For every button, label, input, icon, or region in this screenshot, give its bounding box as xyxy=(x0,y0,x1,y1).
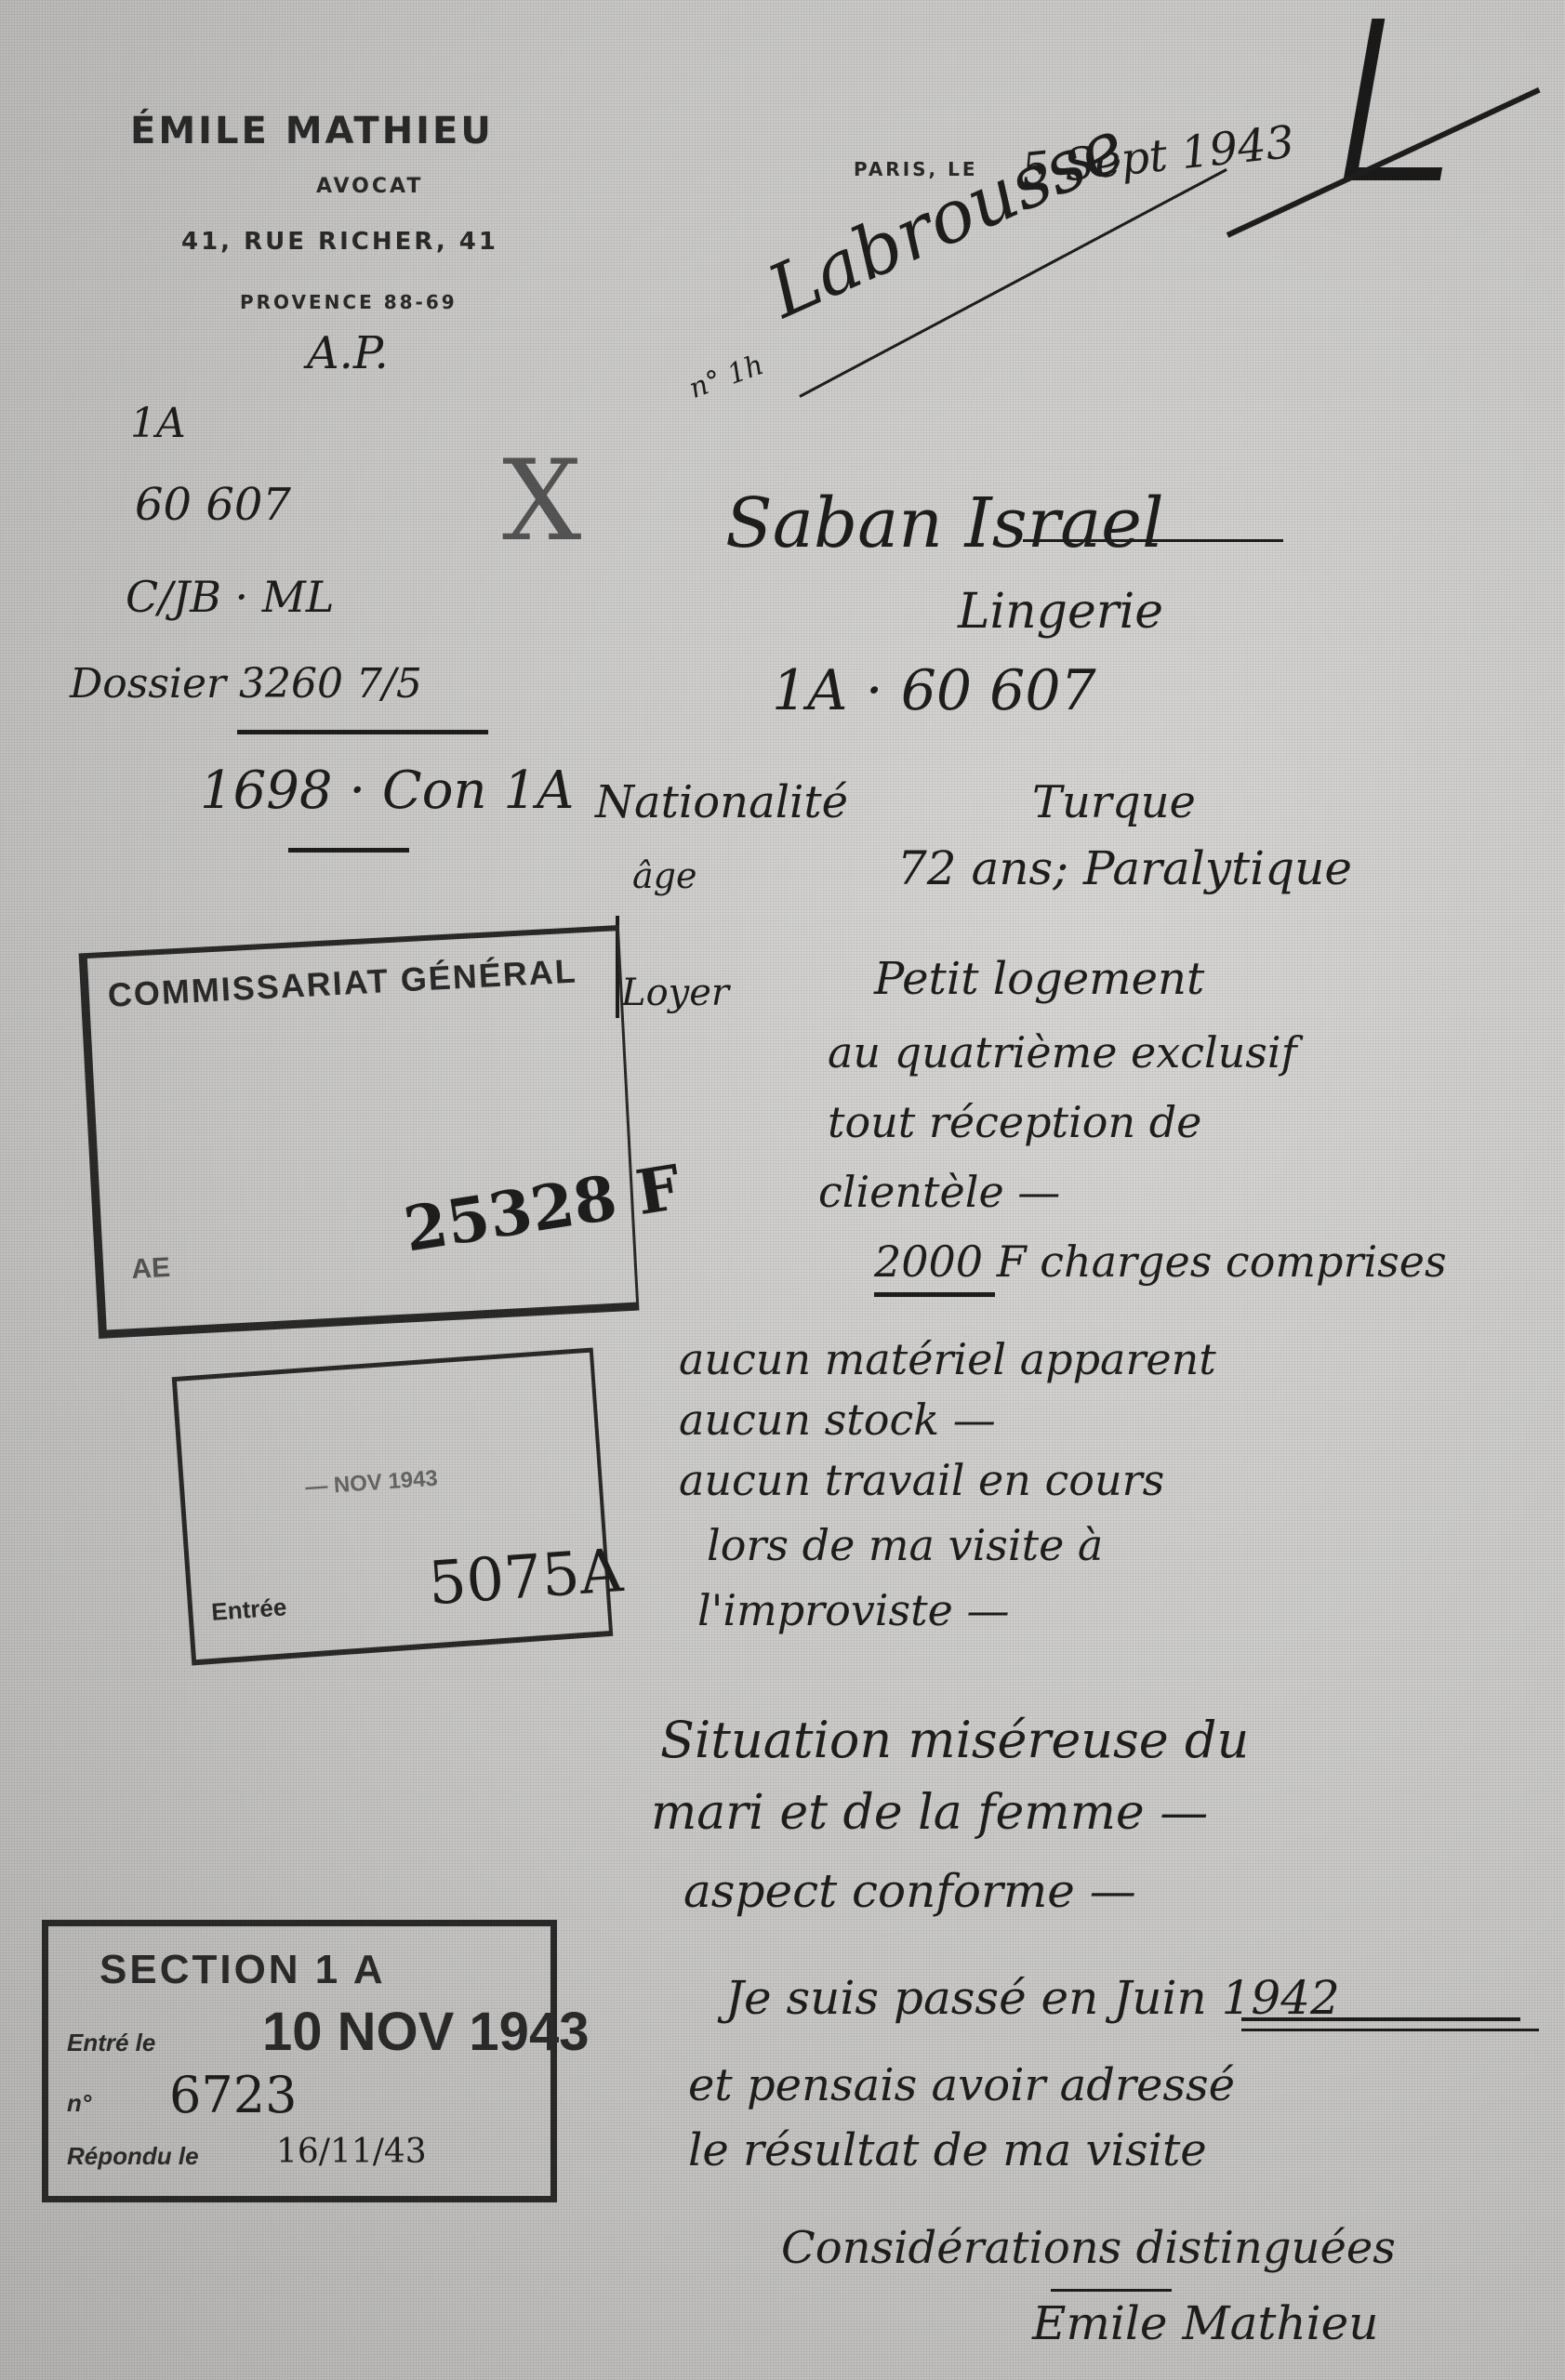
observation-line-3: aucun travail en cours xyxy=(679,1455,1164,1505)
stamp-entry-label: Entrée xyxy=(210,1593,287,1627)
rent-line-3: tout réception de xyxy=(828,1097,1201,1147)
observation-line-5: l'improviste — xyxy=(697,1585,1009,1635)
situation-line-2: mari et de la femme — xyxy=(651,1785,1208,1841)
closing-underline-2 xyxy=(1241,2029,1539,2031)
charges-underline xyxy=(874,1292,995,1297)
letterhead-initials: A.P. xyxy=(307,327,389,379)
ref-line-4: Dossier 3260 7/5 xyxy=(70,660,422,707)
stamp-entry: — NOV 1943 Entrée 5075A xyxy=(172,1348,614,1666)
letterhead-name: ÉMILE MATHIEU xyxy=(130,110,494,152)
ref-line-5: 1698 · Con 1A xyxy=(200,760,574,821)
signature: Emile Mathieu xyxy=(1032,2296,1378,2350)
closing-underline xyxy=(1241,2017,1520,2021)
recipient-name: Labrousse xyxy=(756,103,1137,335)
ref-underline xyxy=(237,730,488,734)
letterhead-address: 41, RUE RICHER, 41 xyxy=(181,228,498,256)
nationality-value: Turque xyxy=(1032,776,1196,828)
check-mark-icon xyxy=(1344,19,1469,180)
observation-line-2: aucun stock — xyxy=(679,1395,996,1445)
age-value: 72 ans; Paralytique xyxy=(897,841,1352,895)
subject-underline xyxy=(1023,539,1283,542)
charges: 2000 F charges comprises xyxy=(874,1236,1447,1287)
closing-line-3: le résultat de ma visite xyxy=(688,2124,1207,2176)
ref-line-2: 60 607 xyxy=(135,479,291,531)
subject-activity: Lingerie xyxy=(958,584,1163,640)
recipient-number-mark: n° 1h xyxy=(684,349,767,405)
stamp-commissariat-title: COMMISSARIAT GÉNÉRAL xyxy=(107,952,578,1015)
ref-underline-2 xyxy=(288,848,409,853)
salutation: Considérations distinguées xyxy=(781,2222,1396,2274)
ref-line-3: C/JB · ML xyxy=(126,572,334,622)
stamp-section-title: SECTION 1 A xyxy=(99,1947,386,1993)
stamp-section-reply-date: 16/11/43 xyxy=(276,2133,427,2171)
rent-label: Loyer xyxy=(621,972,729,1014)
stamp-commissariat: COMMISSARIAT GÉNÉRAL AE 25328 F xyxy=(79,925,640,1339)
rent-line-4: clientèle — xyxy=(818,1167,1060,1217)
scanned-letter: ÉMILE MATHIEU AVOCAT 41, RUE RICHER, 41 … xyxy=(0,0,1565,2380)
letterhead-profession: AVOCAT xyxy=(316,175,423,198)
ref-line-1: 1A xyxy=(130,400,186,447)
stamp-section-number: 6723 xyxy=(169,2066,297,2124)
observation-line-1: aucun matériel apparent xyxy=(679,1334,1216,1384)
stamp-commissariat-number: 25328 F xyxy=(399,1151,685,1266)
rent-line-2: au quatrième exclusif xyxy=(828,1027,1297,1078)
subject-ref: 1A · 60 607 xyxy=(772,658,1096,723)
signature-stroke xyxy=(1051,2289,1172,2292)
closing-line-2: et pensais avoir adressé xyxy=(688,2059,1235,2111)
stamp-entry-number: 5075A xyxy=(426,1537,625,1619)
stamp-section-number-label: n° xyxy=(67,2089,91,2118)
stamp-entry-date: — NOV 1943 xyxy=(304,1466,438,1501)
letterhead-phone: PROVENCE 88-69 xyxy=(240,291,458,313)
situation-line-3: aspect conforme — xyxy=(683,1864,1136,1918)
stamp-section: SECTION 1 A Entré le 10 NOV 1943 n° 6723… xyxy=(42,1920,557,2202)
stamp-section-received-label: Entré le xyxy=(67,2029,155,2057)
nationality-label: Nationalité xyxy=(595,776,848,828)
age-label: âge xyxy=(632,855,696,896)
stamp-section-received-date: 10 NOV 1943 xyxy=(262,2001,589,2063)
stamp-section-reply-label: Répondu le xyxy=(67,2142,199,2171)
cross-mark: X xyxy=(502,437,581,566)
subject-name: Saban Israel xyxy=(725,483,1164,563)
observation-line-4: lors de ma visite à xyxy=(707,1520,1103,1570)
rent-line-1: Petit logement xyxy=(874,953,1204,1005)
situation-line-1: Situation miséreuse du xyxy=(660,1711,1249,1769)
stamp-commissariat-label: AE xyxy=(131,1252,171,1286)
